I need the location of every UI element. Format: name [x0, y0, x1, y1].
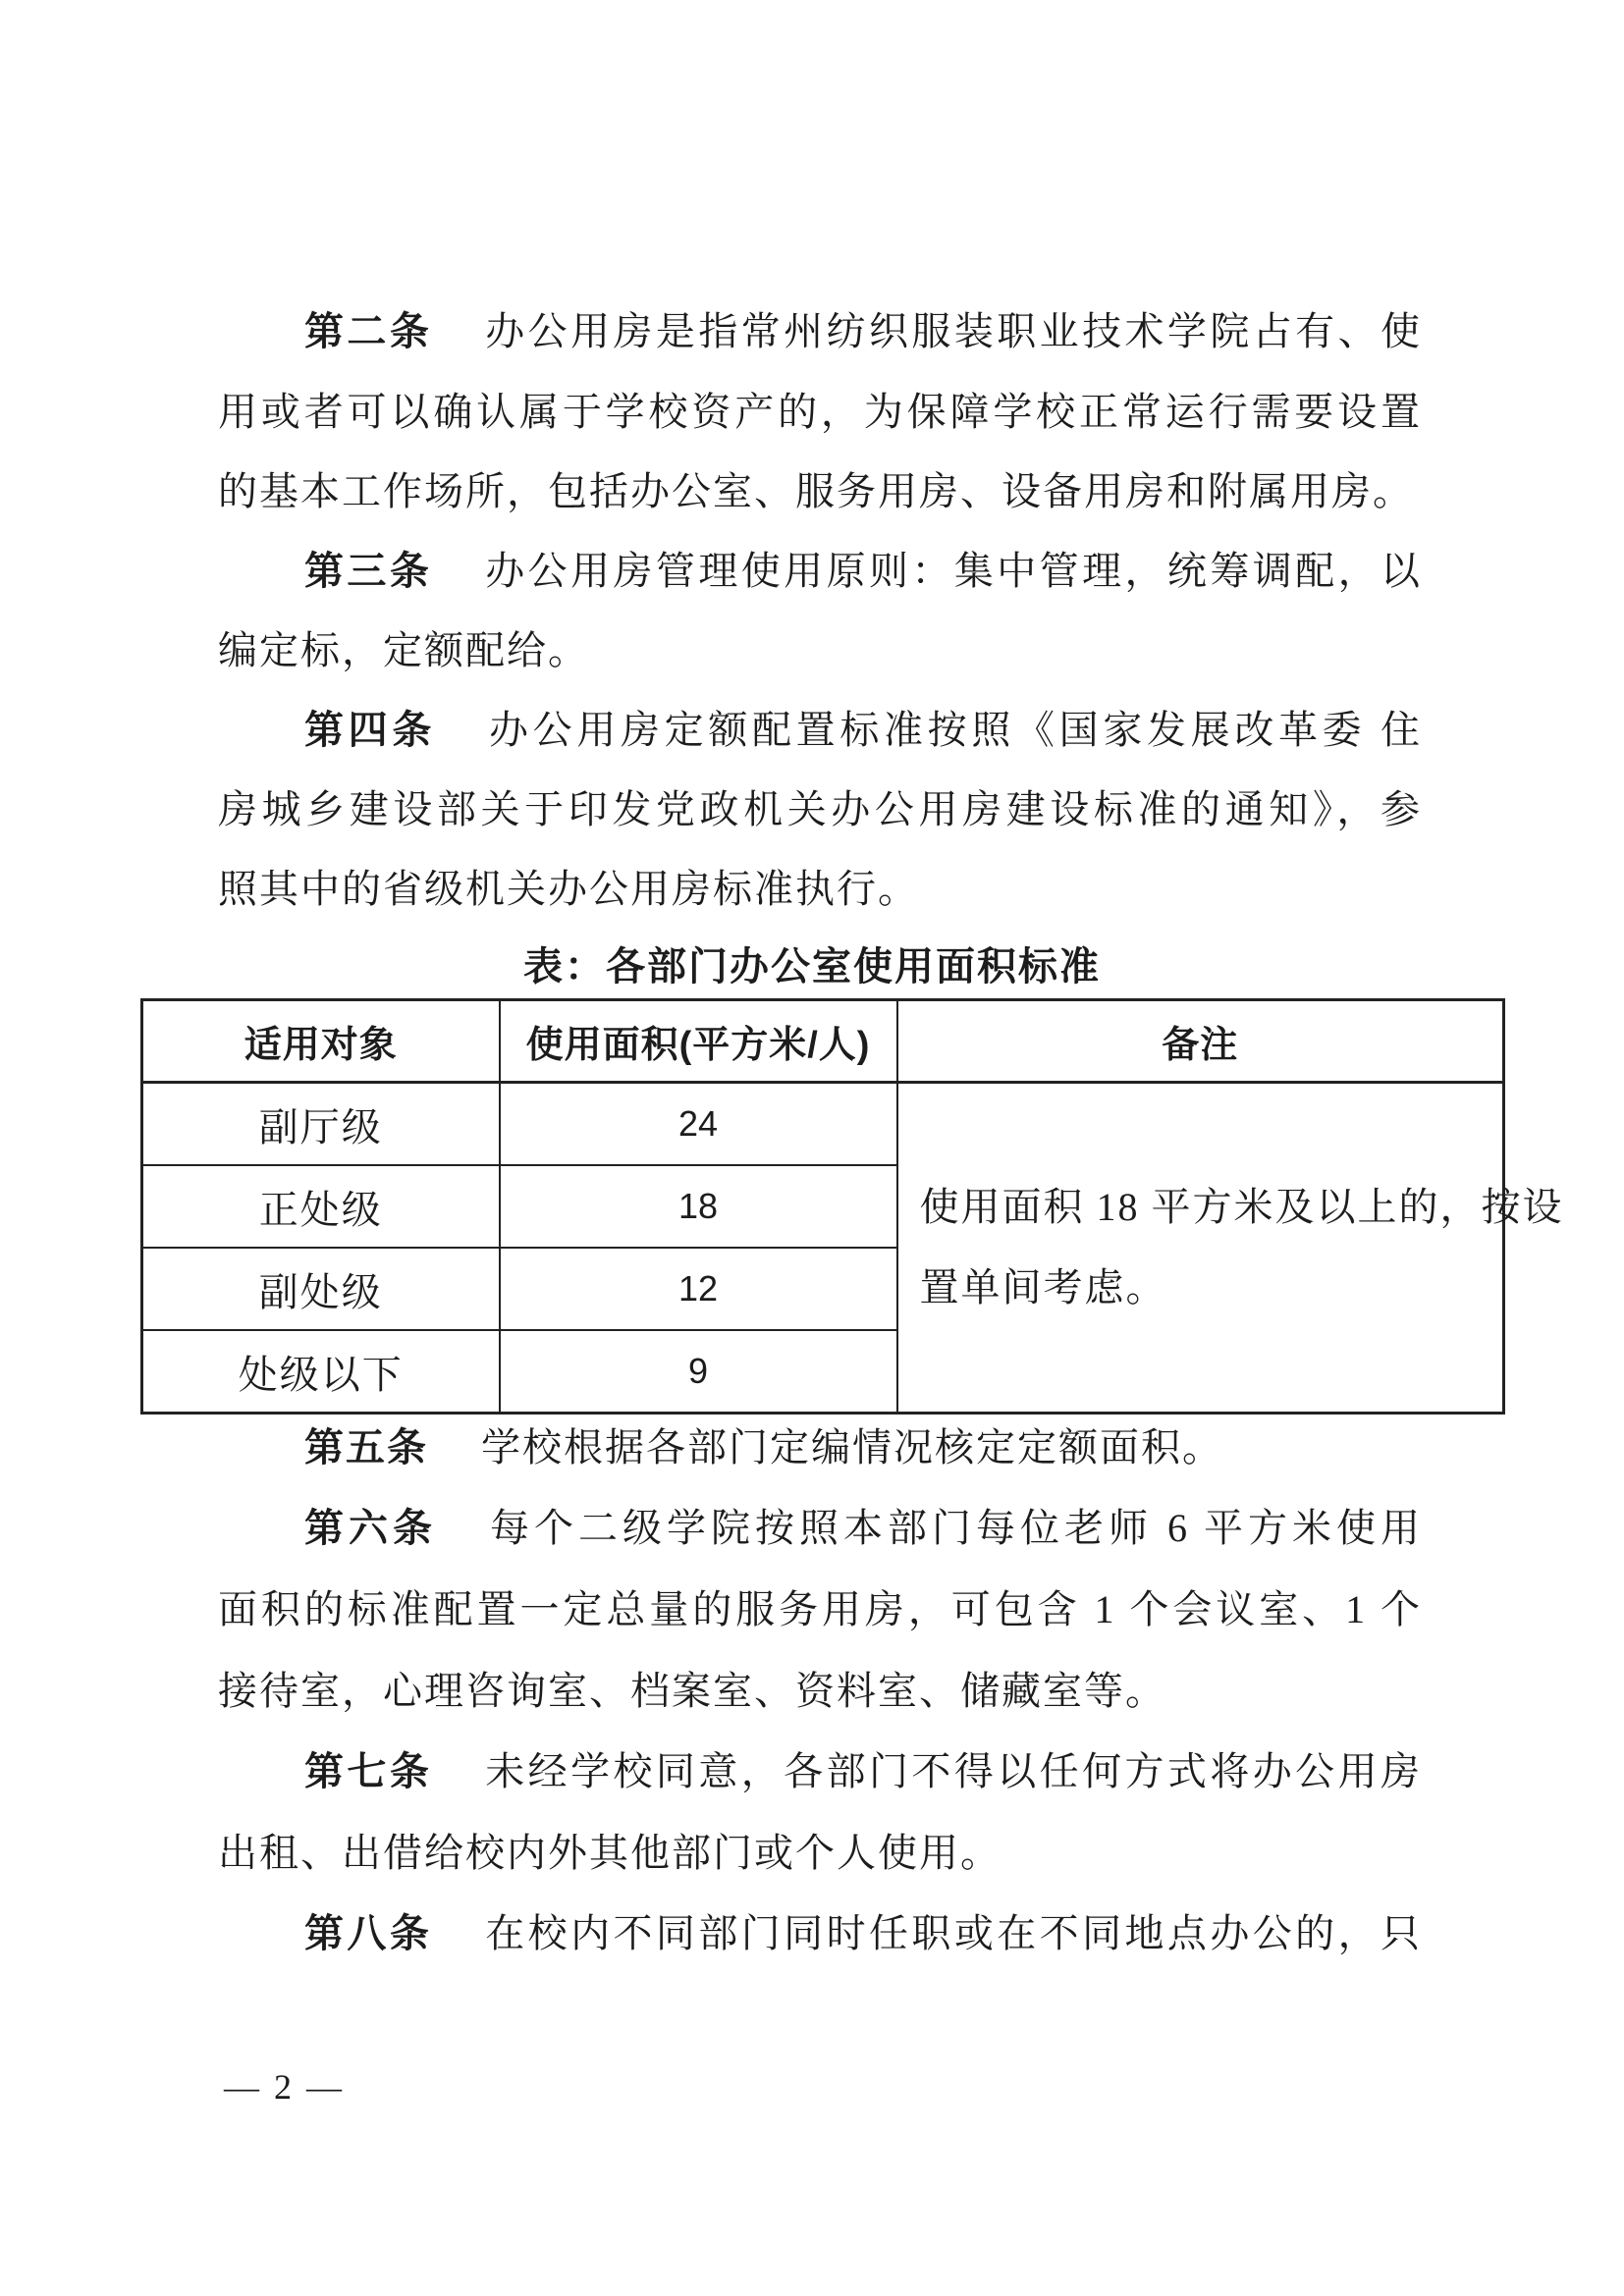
- article-label: 第二条: [304, 310, 432, 353]
- col-header-target: 适用对象: [142, 1000, 500, 1083]
- table-header-row: 适用对象 使用面积(平方米/人) 备注: [142, 1000, 1504, 1083]
- remark-cell: 使用面积 18 平方米及以上的，按设 置单间考虑。: [897, 1083, 1504, 1414]
- body-text: 面积的标准配置一定总量的服务用房，可包含 1 个会议室、1 个: [218, 1587, 1422, 1631]
- document-page: 第二条办公用房是指常州纺织服装职业技术学院占有、使 用或者可以确认属于学校资产的…: [0, 0, 1624, 2296]
- table-row: 副厅级 24 使用面积 18 平方米及以上的，按设 置单间考虑。: [142, 1083, 1504, 1166]
- area-cell: 9: [500, 1330, 897, 1414]
- area-cell: 12: [500, 1248, 897, 1330]
- body-line: 第三条办公用房管理使用原则：集中管理，统筹调配，以: [218, 548, 1422, 595]
- body-text: 每个二级学院按照本部门每位老师 6 平方米使用: [490, 1506, 1422, 1550]
- target-cell: 副处级: [142, 1248, 500, 1330]
- body-text: 照其中的省级机关办公用房标准执行。: [218, 867, 919, 911]
- body-line: 面积的标准配置一定总量的服务用房，可包含 1 个会议室、1 个: [218, 1586, 1422, 1633]
- target-cell: 处级以下: [142, 1330, 500, 1414]
- page-number: — 2 —: [224, 2066, 345, 2108]
- target-cell: 正处级: [142, 1165, 500, 1248]
- body-text: 接待室，心理咨询室、档案室、资料室、储藏室等。: [218, 1669, 1166, 1713]
- area-cell: 24: [500, 1083, 897, 1166]
- body-text: 办公用房是指常州纺织服装职业技术学院占有、使: [485, 309, 1422, 353]
- body-text: 未经学校同意，各部门不得以任何方式将办公用房: [485, 1749, 1422, 1793]
- body-text: 出租、出借给校内外其他部门或个人使用。: [218, 1831, 1001, 1875]
- body-text: 编定标，定额配给。: [218, 628, 589, 672]
- body-line: 第四条办公用房定额配置标准按照《国家发展改革委 住: [218, 707, 1422, 754]
- article-label: 第五条: [304, 1426, 428, 1469]
- body-line: 第八条在校内不同部门同时任职或在不同地点办公的，只: [218, 1910, 1422, 1957]
- col-header-remark: 备注: [897, 1000, 1504, 1083]
- body-line: 照其中的省级机关办公用房标准执行。: [218, 866, 1422, 913]
- area-standard-table: 适用对象 使用面积(平方米/人) 备注 副厅级 24 使用面积 18 平方米及以…: [140, 998, 1505, 1415]
- article-label: 第六条: [304, 1507, 437, 1550]
- col-header-area: 使用面积(平方米/人): [500, 1000, 897, 1083]
- body-text: 房城乡建设部关于印发党政机关办公用房建设标准的通知》，参: [218, 787, 1422, 831]
- article-label: 第三条: [304, 550, 432, 593]
- article-label: 第四条: [304, 709, 436, 752]
- body-line: 编定标，定额配给。: [218, 627, 1422, 674]
- body-text: 在校内不同部门同时任职或在不同地点办公的，只: [485, 1911, 1422, 1955]
- table-title: 表：各部门办公室使用面积标准: [0, 943, 1624, 990]
- article-label: 第七条: [304, 1750, 432, 1793]
- body-line: 第六条每个二级学院按照本部门每位老师 6 平方米使用: [218, 1505, 1422, 1552]
- target-cell: 副厅级: [142, 1083, 500, 1166]
- body-line: 房城乡建设部关于印发党政机关办公用房建设标准的通知》，参: [218, 786, 1422, 833]
- remark-text: 置单间考虑。: [920, 1248, 1488, 1328]
- body-text: 的基本工作场所，包括办公室、服务用房、设备用房和附属用房。: [218, 469, 1414, 513]
- area-cell: 18: [500, 1165, 897, 1248]
- body-line: 第二条办公用房是指常州纺织服装职业技术学院占有、使: [218, 308, 1422, 355]
- body-text: 学校根据各部门定编情况核定定额面积。: [481, 1425, 1223, 1469]
- body-text: 办公用房定额配置标准按照《国家发展改革委 住: [489, 708, 1422, 752]
- body-line: 第七条未经学校同意，各部门不得以任何方式将办公用房: [218, 1748, 1422, 1795]
- body-line: 用或者可以确认属于学校资产的，为保障学校正常运行需要设置: [218, 389, 1422, 436]
- body-text: 办公用房管理使用原则：集中管理，统筹调配，以: [485, 549, 1422, 593]
- body-line: 第五条学校根据各部门定编情况核定定额面积。: [218, 1424, 1422, 1471]
- body-line: 接待室，心理咨询室、档案室、资料室、储藏室等。: [218, 1668, 1422, 1715]
- body-line: 的基本工作场所，包括办公室、服务用房、设备用房和附属用房。: [218, 468, 1422, 515]
- article-label: 第八条: [304, 1912, 432, 1955]
- body-text: 用或者可以确认属于学校资产的，为保障学校正常运行需要设置: [218, 390, 1422, 434]
- body-line: 出租、出借给校内外其他部门或个人使用。: [218, 1830, 1422, 1877]
- remark-text: 使用面积 18 平方米及以上的，按设: [920, 1167, 1488, 1248]
